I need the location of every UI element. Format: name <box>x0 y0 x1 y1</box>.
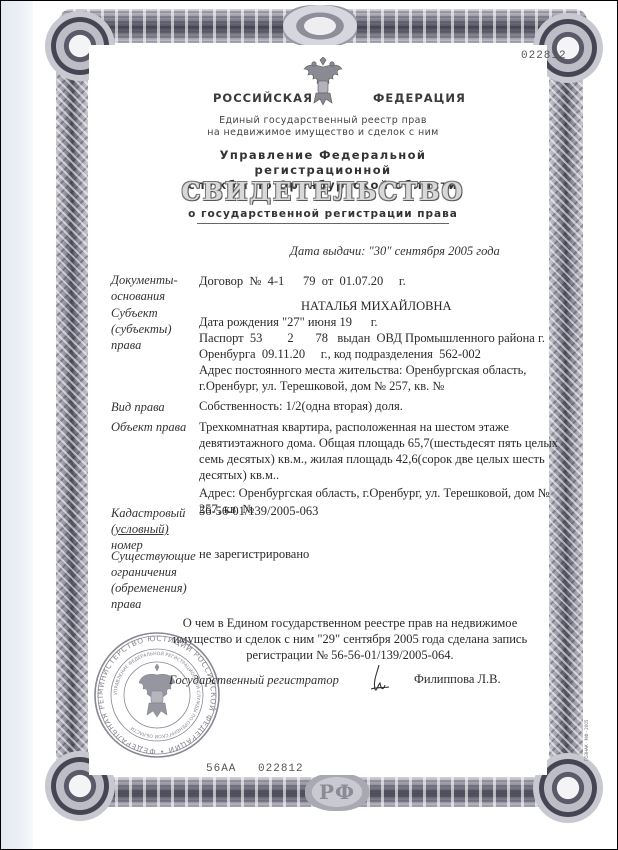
subject-passport: Паспорт 53 2 78 выдан ОВД Промышленного … <box>199 330 545 346</box>
serial-number-top: 022812 <box>521 50 567 62</box>
object-line: десятых) кв.м.. <box>199 467 558 483</box>
label-line: Документы- <box>111 272 178 288</box>
country-name-left: РОССИЙСКАЯ <box>213 91 313 105</box>
label-line: (обременения) <box>111 580 196 596</box>
field-label-encumbrances: Существующие ограничения (обременения) п… <box>111 548 196 612</box>
label-line: (условный) <box>111 521 185 537</box>
object-line: девятиэтажного дома. Общая площадь 65,7(… <box>199 435 558 451</box>
certificate-subtitle: о государственной регистрации права <box>151 208 495 220</box>
label-line: ограничения <box>111 564 196 580</box>
field-value-basis-documents: Договор № 4-1 79 от 01.07.20 г. <box>199 273 406 289</box>
subject-address-line-1: Адрес постоянного места жительства: Орен… <box>199 362 526 378</box>
side-microtext: ГОЗНАК · МФ · 2005 <box>584 641 592 761</box>
registry-line-1: Единый государственный реестр прав <box>151 115 495 127</box>
ornament-border-right <box>549 31 583 801</box>
serial-number: 022812 <box>258 763 304 775</box>
field-label-right-type: Вид права <box>111 399 165 415</box>
signature-icon <box>367 663 391 695</box>
registrar-label: Государственный регистратор <box>169 673 339 688</box>
scan-margin <box>1 1 33 849</box>
label-line: (субъекты) <box>111 321 172 337</box>
document-scan: РФ 022812 РОССИЙСКАЯ ФЕДЕРАЦИЯ Единый го… <box>0 0 618 850</box>
issue-date: Дата выдачи: "30" сентября 2005 года <box>290 244 500 259</box>
object-line: Трехкомнатная квартира, расположенная на… <box>199 419 558 435</box>
field-label-cadastral: Кадастровый (условный) номер <box>111 505 185 553</box>
label-line: права <box>111 337 172 353</box>
ornament-crest-icon <box>283 5 357 47</box>
subject-birth-date: Дата рождения "27" июня 19 г. <box>199 314 378 330</box>
object-line: семь десятых) кв.м., жилая площадь 42,6(… <box>199 451 558 467</box>
field-label-object: Объект права <box>111 419 186 435</box>
field-label-basis-documents: Документы- основания <box>111 272 178 304</box>
official-seal-icon: МИНИСТЕРСТВО ЮСТИЦИИ РОССИЙСКОЙ ФЕДЕРАЦИ… <box>93 631 221 759</box>
field-value-encumbrances: не зарегистрировано <box>199 546 309 562</box>
subtitle-underline <box>197 223 449 224</box>
object-address-line: Адрес: Оренбургская область, г.Оренбург,… <box>199 485 558 501</box>
serial-series: 56АА <box>206 763 236 775</box>
label-line: Объект права <box>111 419 186 435</box>
country-name-right: ФЕДЕРАЦИЯ <box>373 91 466 105</box>
record-line: О чем в Едином государственном реестре п… <box>151 615 549 631</box>
label-line: Субъект <box>111 305 172 321</box>
label-line: Вид права <box>111 399 165 415</box>
field-label-subject: Субъект (субъекты) права <box>111 305 172 353</box>
subject-address-line-2: г.Оренбург, ул. Терешковой, дом № 257, к… <box>199 378 444 394</box>
subject-passport-issued: Оренбурга 09.11.20 г., код подразделения… <box>199 346 481 362</box>
field-value-cadastral-number: 56-56-01/139/2005-063 <box>199 503 318 519</box>
label-line: права <box>111 596 196 612</box>
label-line: Существующие <box>111 548 196 564</box>
label-line: основания <box>111 288 178 304</box>
label-line: Кадастровый <box>111 505 185 521</box>
registrar-name: Филиппова Л.В. <box>414 672 501 687</box>
ornament-border-left <box>56 31 88 801</box>
registry-line-2: на недвижимое имущество и сделок с ним <box>151 127 495 139</box>
agency-line-1: Управление Федеральной регистрационной <box>151 148 495 178</box>
field-value-right-type: Собственность: 1/2(одна вторая) доля. <box>199 398 403 414</box>
serial-number-bottom: 56АА 022812 <box>206 763 304 775</box>
certificate-title: СВИДЕТЕЛЬСТВО <box>151 177 495 206</box>
subject-name: НАТАЛЬЯ МИХАЙЛОВНА <box>301 298 452 314</box>
rf-emblem: РФ <box>305 773 369 811</box>
registry-heading: Единый государственный реестр прав на не… <box>151 115 495 139</box>
rf-emblem-text: РФ <box>319 780 355 804</box>
